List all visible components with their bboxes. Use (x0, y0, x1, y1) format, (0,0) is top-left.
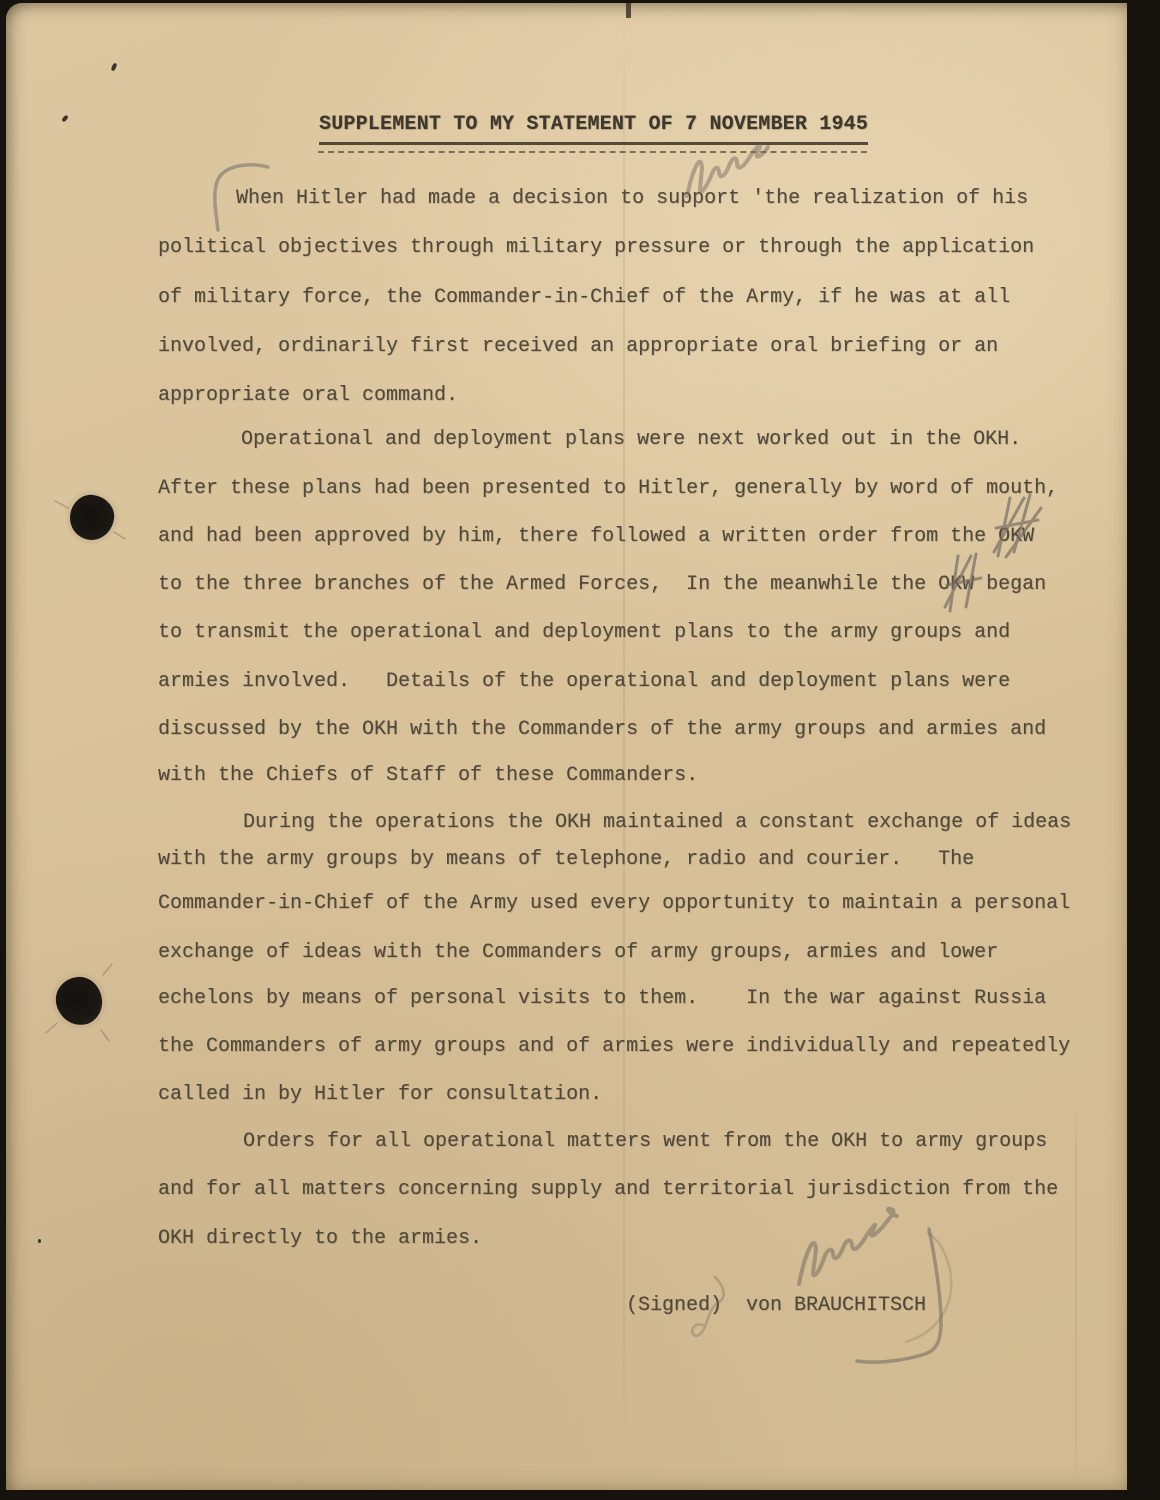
text-line: of military force, the Commander-in-Chie… (158, 286, 1010, 310)
ink-speck (61, 115, 69, 123)
text-line: Commander-in-Chief of the Army used ever… (158, 892, 1070, 916)
top-edge-mark (626, 3, 631, 18)
paper-crease-right (1075, 1103, 1077, 1490)
text-line: After these plans had been presented to … (158, 477, 1058, 501)
signature-line: (Signed) von BRAUCHITSCH (626, 1294, 926, 1318)
paper-sheet: SUPPLEMENT TO MY STATEMENT OF 7 NOVEMBER… (6, 3, 1127, 1490)
text-line: When Hitler had made a decision to suppo… (236, 187, 1028, 211)
text-line: OKH directly to the armies. (158, 1227, 482, 1251)
text-line: to transmit the operational and deployme… (158, 621, 1010, 645)
text-line: echelons by means of personal visits to … (158, 987, 1046, 1011)
ink-speck (110, 63, 117, 72)
text-line: exchange of ideas with the Commanders of… (158, 941, 998, 965)
paper-crease-vertical (623, 3, 625, 1490)
text-line: involved, ordinarily first received an a… (158, 335, 998, 359)
ink-speck (38, 1239, 41, 1243)
title-second-underline (318, 151, 867, 153)
document-title: SUPPLEMENT TO MY STATEMENT OF 7 NOVEMBER… (319, 113, 868, 136)
text-line: During the operations the OKH maintained… (243, 811, 1071, 835)
text-line: Operational and deployment plans were ne… (241, 428, 1021, 452)
text-line: called in by Hitler for consultation. (158, 1083, 602, 1107)
text-line: Orders for all operational matters went … (243, 1130, 1047, 1154)
text-line: appropriate oral command. (158, 384, 458, 408)
text-line: with the army groups by means of telepho… (158, 848, 974, 872)
text-line: discussed by the OKH with the Commanders… (158, 718, 1046, 742)
text-line: armies involved. Details of the operatio… (158, 670, 1010, 694)
document-title-text: SUPPLEMENT TO MY STATEMENT OF 7 NOVEMBER… (319, 113, 868, 145)
text-line: and for all matters concerning supply an… (158, 1178, 1058, 1202)
text-line: with the Chiefs of Staff of these Comman… (158, 764, 698, 788)
text-line: to the three branches of the Armed Force… (158, 573, 1046, 597)
text-line: and had been approved by him, there foll… (158, 525, 1034, 549)
scanned-page: SUPPLEMENT TO MY STATEMENT OF 7 NOVEMBER… (0, 0, 1160, 1500)
text-line: the Commanders of army groups and of arm… (158, 1035, 1070, 1059)
text-line: political objectives through military pr… (158, 236, 1034, 260)
